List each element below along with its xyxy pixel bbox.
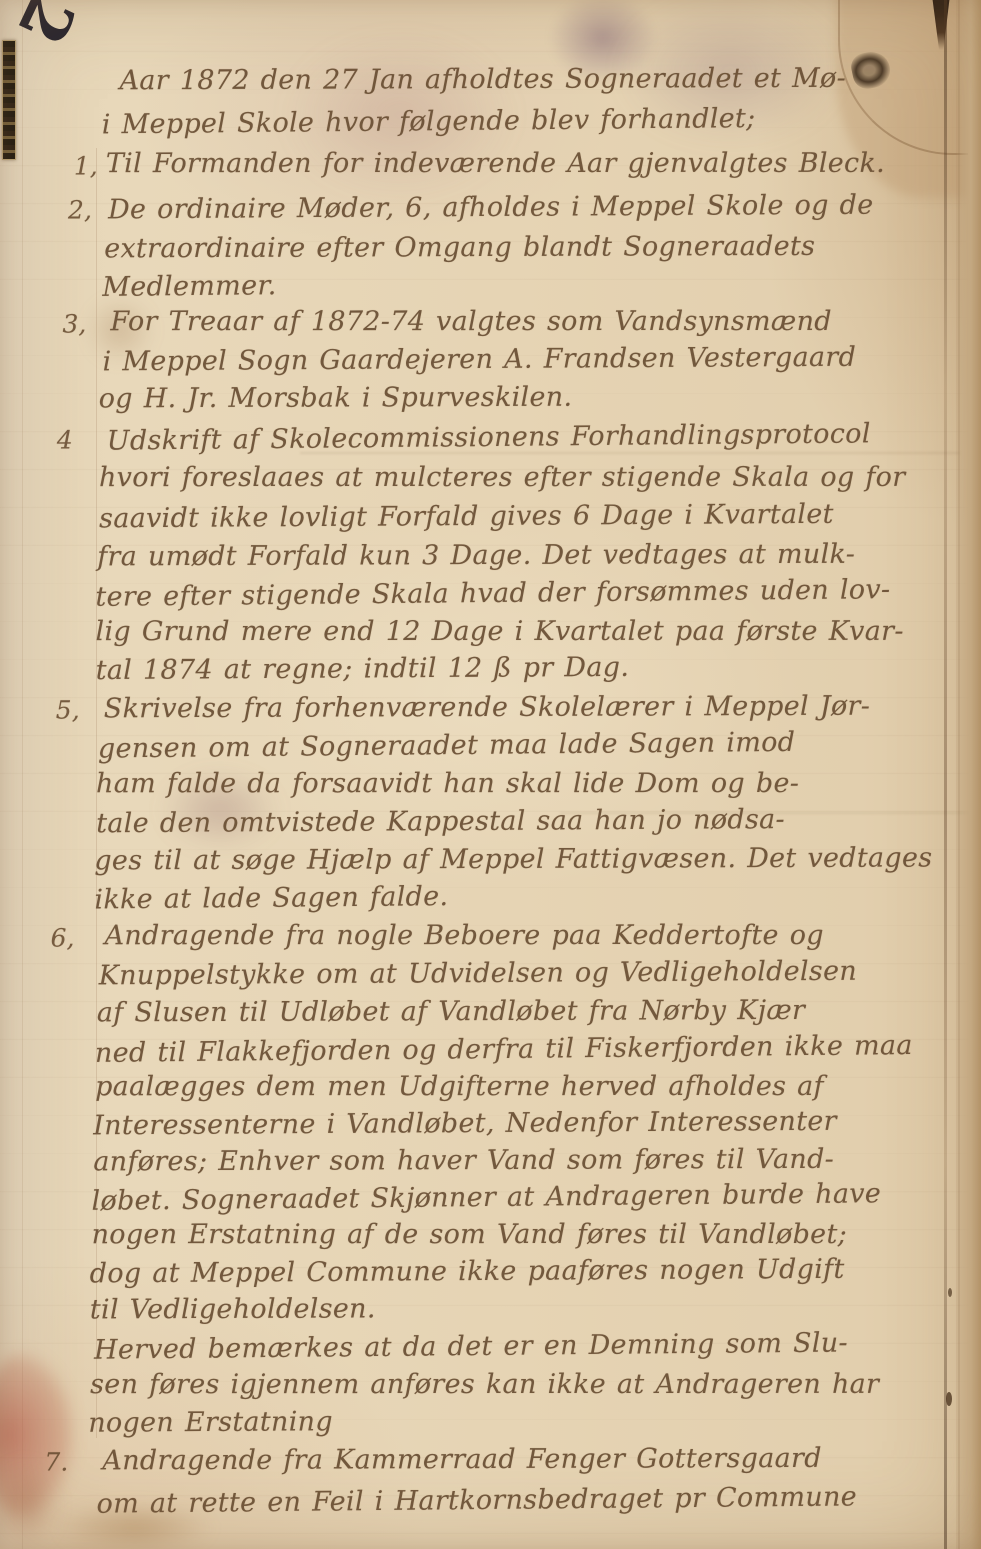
manuscript-line: løbet. Sogneraadet Skjønner at Andragere… [91,1178,881,1217]
manuscript-line: i Meppel Sogn Gaardejeren A. Frandsen Ve… [102,342,856,378]
item-number: 6, [51,923,75,952]
manuscript-line: Skrivelse fra forhenværende Skolelærer i… [104,691,870,725]
manuscript-line: af Slusen til Udløbet af Vandløbet fra N… [97,995,805,1028]
manuscript-line: ges til at søge Hjælp af Meppel Fattigvæ… [94,842,932,876]
manuscript-line: gensen om at Sogneraadet maa lade Sagen … [98,727,796,765]
manuscript-line: saavidt ikke lovligt Forfald gives 6 Dag… [99,499,834,534]
manuscript-line: Medlemmer. [102,270,277,303]
item-number: 2, [68,195,92,224]
manuscript-line: Knuppelstykke om at Udvidelsen og Vedlig… [99,956,857,992]
manuscript-line: i Meppel Skole hvor følgende blev forhan… [102,103,756,140]
manuscript-line: For Treaar af 1872-74 valgtes som Vandsy… [110,306,831,337]
manuscript-line: tal 1874 at regne; indtil 12 ß pr Dag. [96,652,630,686]
item-number: 5, [56,695,80,724]
binding-fold-line [944,0,947,1549]
manuscript-line: extraordinaire efter Omgang blandt Sogne… [104,231,815,264]
manuscript-line: lig Grund mere end 12 Dage i Kvartalet p… [95,616,903,647]
item-number: 4 [57,425,73,454]
manuscript-line: til Vedligeholdelsen. [90,1293,376,1325]
handwritten-text-layer: Aar 1872 den 27 Jan afholdtes Sogneraade… [0,0,981,1549]
manuscript-line: Aar 1872 den 27 Jan afholdtes Sogneraade… [120,63,847,97]
ink-spot-right-2 [946,1392,952,1406]
manuscript-line: tale den omtvistede Kappestal saa han jo… [96,804,785,839]
manuscript-line: ham falde da forsaavidt han skal lide Do… [96,768,799,799]
item-number: 7. [44,1447,68,1476]
manuscript-line: fra umødt Forfald kun 3 Dage. Det vedtag… [97,539,855,573]
item-number: 1, [74,151,98,180]
manuscript-page: 2 Aar 1872 den 27 Jan afholdtes Sogneraa… [0,0,981,1549]
page-fore-edge [956,0,981,1549]
manuscript-line: ikke at lade Sagen falde. [94,881,448,915]
manuscript-line: dog at Meppel Commune ikke paaføres noge… [90,1254,845,1290]
manuscript-line: paalægges dem men Udgifterne herved afho… [95,1071,824,1102]
manuscript-line: Udskrift af Skolecommissionens Forhandli… [107,418,871,456]
manuscript-line: om at rette en Feil i Hartkornsbedraget … [96,1481,857,1519]
item-number: 3, [62,309,86,338]
manuscript-line: De ordinaire Møder, 6, afholdes i Meppel… [108,190,874,226]
manuscript-line: ned til Flakkefjorden og derfra til Fisk… [95,1030,913,1069]
manuscript-line: nogen Erstatning af de som Vand føres ti… [92,1219,847,1250]
manuscript-line: Andragende fra Kammerraad Fenger Gotters… [102,1443,821,1477]
manuscript-line: sen føres igjennem anføres kan ikke at A… [90,1369,879,1400]
ink-spot-right-1 [948,1288,952,1297]
manuscript-line: Herved bemærkes at da det er en Demning … [94,1327,848,1365]
manuscript-line: anføres; Enhver som haver Vand som føres… [93,1144,834,1178]
manuscript-line: og H. Jr. Morsbak i Spurveskilen. [99,382,573,415]
manuscript-line: nogen Erstatning [88,1406,333,1438]
manuscript-line: hvori foreslaaes at mulcteres efter stig… [99,462,905,493]
manuscript-line: Interessenterne i Vandløbet, Nedenfor In… [93,1106,837,1142]
manuscript-line: Til Formanden for indeværende Aar gjenva… [106,148,885,179]
manuscript-line: Andragende fra nogle Beboere paa Keddert… [105,920,824,951]
manuscript-line: tere efter stigende Skala hvad der forsø… [95,574,890,613]
